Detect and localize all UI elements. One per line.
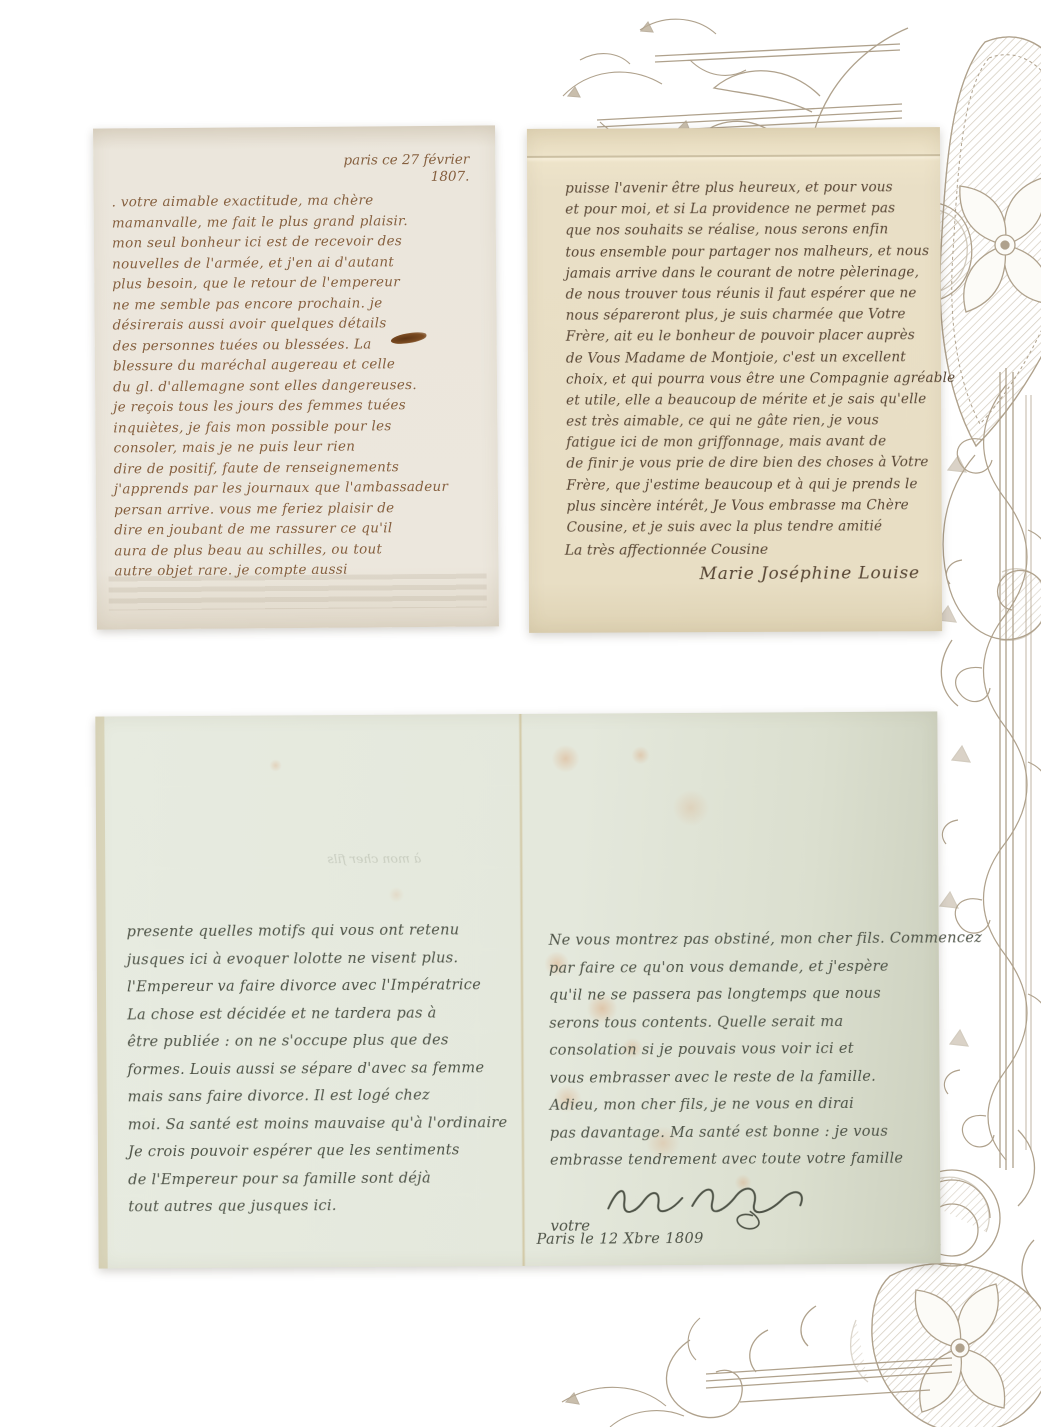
vertical-rods xyxy=(1000,368,1031,1170)
bifolium-showthrough: à mon cher fils xyxy=(284,850,464,866)
handwriting-line: et utile, elle a beaucoup de mérite et j… xyxy=(566,389,937,412)
letter-1807: paris ce 27 février 1807. . votre aimabl… xyxy=(93,125,499,629)
handwriting-line: de l'Empereur pour sa famille sont déjà xyxy=(128,1165,518,1195)
handwriting-line: de nous trouver tous réunis il faut espé… xyxy=(566,283,937,306)
handwriting-line: moi. Sa santé est moins mauvaise qu'à l'… xyxy=(128,1110,518,1140)
handwriting-line: Cousine, et je suis avec la plus tendre … xyxy=(567,516,938,539)
handwriting-line: par faire ce qu'on vous demande, et j'es… xyxy=(549,953,933,983)
handwriting-line: vous embrasser avec le reste de la famil… xyxy=(549,1063,933,1093)
handwriting-line: est très aimable, ce qui ne gâte rien, j… xyxy=(566,410,937,433)
bifolium-left-page-text: presente quelles motifs qui vous ont ret… xyxy=(127,917,519,1222)
bottom-tendrils xyxy=(562,1318,700,1427)
top-flower-medallion xyxy=(940,37,1041,446)
handwriting-line: tout autres que jusques ici. xyxy=(128,1192,518,1222)
dateline-place: paris ce 27 février xyxy=(343,152,469,170)
center-fold xyxy=(518,714,525,1266)
handwriting-line: qu'il ne se passera pas longtemps que no… xyxy=(549,980,933,1010)
letter-cousine-body: puisse l'avenir être plus heureux, et po… xyxy=(565,177,938,539)
letter-cousine-signature: Marie Joséphine Louise xyxy=(699,563,919,584)
handwriting-line: jusques ici à evoquer lolotte ne visent … xyxy=(127,945,517,975)
handwriting-line: être publiée : on ne s'occupe plus que d… xyxy=(127,1027,517,1057)
bifolium-1809: à mon cher fils presente quelles motifs … xyxy=(95,711,940,1268)
handwriting-line: fatigue ici de mon griffonnage, mais ava… xyxy=(566,431,937,454)
bifolium-right-page-text: Ne vous montrez pas obstiné, mon cher fi… xyxy=(549,925,935,1175)
handwriting-line: de finir je vous prie de dire bien des c… xyxy=(566,453,937,476)
handwriting-line: jamais arrive dans le courant de notre p… xyxy=(565,262,936,285)
handwriting-line: j'apprends par les journaux que l'ambass… xyxy=(114,476,494,499)
handwriting-line: pas davantage. Ma santé est bonne : je v… xyxy=(550,1118,934,1148)
handwriting-line: La chose est décidée et ne tardera pas à xyxy=(127,1000,517,1030)
letter-cousine-closing: La très affectionnée Cousine xyxy=(565,542,769,559)
handwriting-line: Frère, que j'estime beaucoup et à qui je… xyxy=(566,474,937,497)
handwriting-line: nous sépareront plus, je suis charmée qu… xyxy=(566,304,937,327)
fold-crease xyxy=(527,154,940,158)
handwriting-line: l'Empereur va faire divorce avec l'Impér… xyxy=(127,972,517,1002)
catalog-page: paris ce 27 février 1807. . votre aimabl… xyxy=(0,0,1041,1427)
signature-scrawl xyxy=(600,1177,850,1235)
handwriting-line: consolation si je pouvais vous voir ici … xyxy=(549,1035,933,1065)
handwriting-line: presente quelles motifs qui vous ont ret… xyxy=(127,917,517,947)
bifolium-dateline: Paris le 12 Xbre 1809 xyxy=(536,1231,703,1248)
letter-1807-dateline: paris ce 27 février 1807. xyxy=(343,152,469,187)
handwriting-line: puisse l'avenir être plus heureux, et po… xyxy=(565,177,936,200)
handwriting-line: Je crois pouvoir espérer que les sentime… xyxy=(128,1137,518,1167)
handwriting-line: que nos souhaits se réalise, nous serons… xyxy=(565,219,936,242)
bifolium-closing-row: votre xyxy=(550,1177,850,1235)
top-tendrils xyxy=(563,19,746,140)
handwriting-line: tous ensemble pour partager nos malheurs… xyxy=(565,241,936,264)
handwriting-line: serons tous contents. Quelle serait ma xyxy=(549,1008,933,1038)
bottom-flower-medallion xyxy=(872,1263,1041,1427)
handwriting-line: formes. Louis aussi se sépare d'avec sa … xyxy=(127,1055,517,1085)
handwriting-line: choix, et qui pourra vous être une Compa… xyxy=(566,368,937,391)
handwriting-line: de Vous Madame de Montjoie, c'est un exc… xyxy=(566,347,937,370)
letter-cousine: puisse l'avenir être plus heureux, et po… xyxy=(527,127,942,633)
handwriting-line: Adieu, mon cher fils, je ne vous en dira… xyxy=(550,1090,934,1120)
handwriting-line: Frère, ait eu le bonheur de pouvoir plac… xyxy=(566,325,937,348)
handwriting-line: Ne vous montrez pas obstiné, mon cher fi… xyxy=(549,925,933,955)
handwriting-line: embrasse tendrement avec toute votre fam… xyxy=(550,1145,934,1175)
letter-1807-body: . votre aimable exactitude, ma chèremama… xyxy=(112,189,495,581)
handwriting-line: et pour moi, et si La providence ne perm… xyxy=(565,198,936,221)
letter-1807-showthrough xyxy=(109,574,487,611)
handwriting-line: mais sans faire divorce. Il est logé che… xyxy=(128,1082,518,1112)
handwriting-line: plus sincère intérêt, Je Vous embrasse m… xyxy=(567,495,938,518)
dateline-year: 1807. xyxy=(344,169,470,187)
